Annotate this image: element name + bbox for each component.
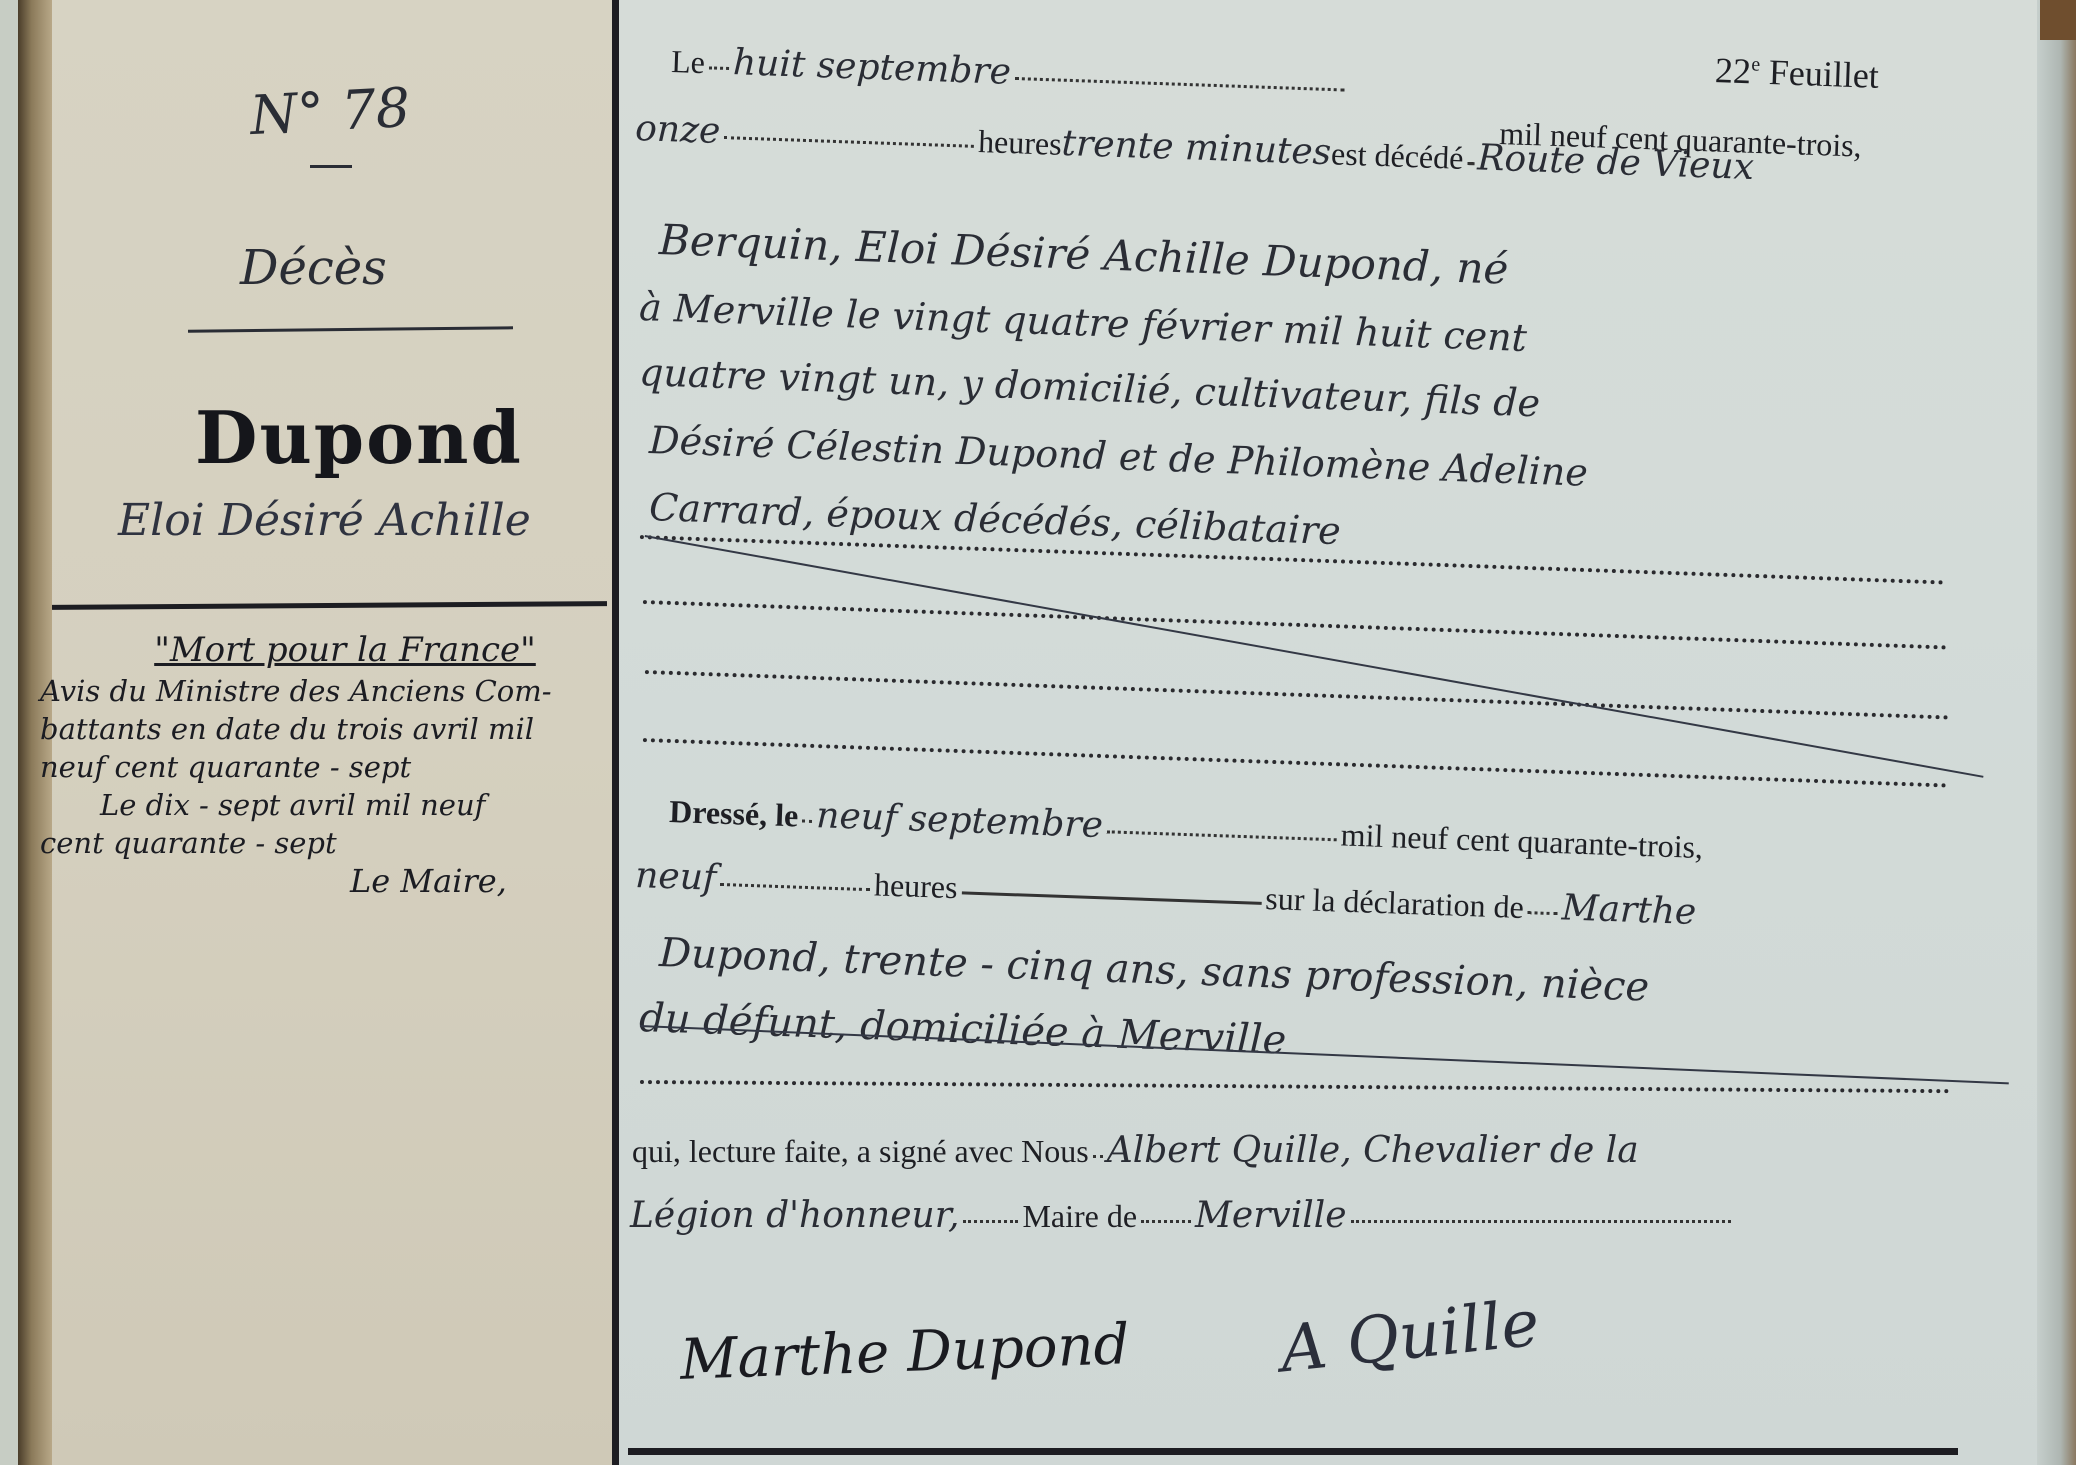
feuillet-suffix: e (1751, 53, 1761, 75)
dotted-fill (1141, 1220, 1191, 1223)
est-decede-label: est décédé (1330, 135, 1464, 177)
dotted-fill (1107, 830, 1337, 841)
mention-line: Avis du Ministre des Anciens Com- (40, 672, 610, 710)
dresse-label: Dressé, le (669, 793, 799, 834)
act-number: N° 78 (248, 76, 411, 147)
dotted-fill (802, 820, 812, 823)
feuillet-number: 22 (1714, 50, 1751, 91)
signing-line-1: qui, lecture faite, a signé avec Nous Al… (632, 1130, 1639, 1171)
given-names: Eloi Désiré Achille (118, 495, 531, 546)
mayor-name: Albert Quille, Chevalier de la (1107, 1130, 1639, 1171)
dotted-fill (720, 883, 870, 891)
death-hour: onze (635, 108, 722, 152)
mention-line: battants en date du trois avril mil (40, 710, 610, 748)
dotted-fill (724, 136, 974, 148)
feuillet-text: Feuillet (1768, 52, 1879, 96)
mention-line: Le dix - sept avril mil neuf (40, 786, 610, 824)
declarant-first-name: Marthe (1561, 887, 1697, 933)
mention-signature: Le Maire, (40, 862, 610, 900)
page-edge (2037, 0, 2076, 1465)
feuillet-label: 22e Feuillet (1714, 49, 1879, 97)
dotted-fill (1015, 77, 1345, 92)
drawn-up-hour: neuf (635, 855, 717, 899)
mention-line: cent quarante - sept (40, 824, 610, 862)
mention-title: "Mort pour la France" (40, 630, 610, 670)
column-divider (612, 0, 619, 1465)
mayor-distinction: Légion d'honneur, (630, 1195, 959, 1236)
dotted-fill (963, 1220, 1018, 1223)
register-page (619, 0, 2037, 1465)
le-label: Le (671, 43, 706, 81)
surname: Dupond (195, 395, 523, 480)
signing-line-2: Légion d'honneur, Maire de Merville (630, 1195, 1735, 1236)
bottom-rule (628, 1448, 1958, 1455)
drawn-up-heures-label: heures (873, 866, 958, 906)
solid-fill (961, 891, 1261, 904)
dotted-fill (1528, 911, 1558, 915)
declaration-label: sur la déclaration de (1265, 880, 1525, 926)
dotted-fill (1093, 1155, 1103, 1158)
page-corner (2040, 0, 2076, 40)
marginal-mention: "Mort pour la France" Avis du Ministre d… (40, 630, 610, 900)
maire-de-label: Maire de (1022, 1198, 1137, 1235)
dotted-fill (709, 66, 729, 70)
mention-line: neuf cent quarante - sept (40, 748, 610, 786)
dotted-fill (1351, 1220, 1731, 1223)
act-number-underline (310, 165, 352, 168)
dotted-fill (1467, 162, 1473, 165)
heures-label: heures (978, 123, 1063, 163)
act-type: Décès (240, 240, 387, 296)
commune-name: Merville (1195, 1195, 1347, 1236)
signing-label: qui, lecture faite, a signé avec Nous (632, 1133, 1089, 1170)
previous-page-edge (0, 0, 18, 1465)
